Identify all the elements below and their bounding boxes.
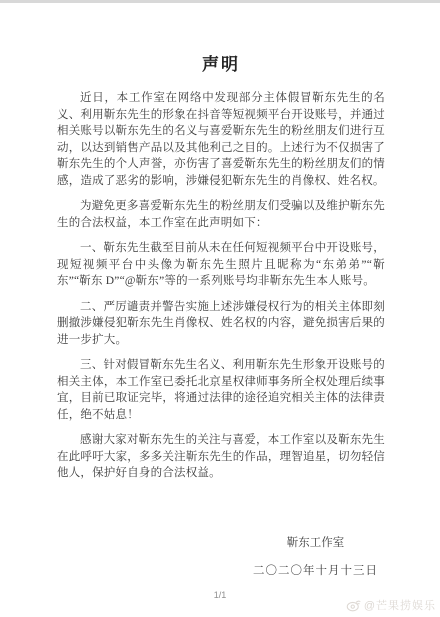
- statement-item-2: 二、严厉谴责并警告实施上述涉嫌侵权行为的相关主体即刻删撤涉嫌侵犯靳东先生肖像权、…: [57, 299, 385, 349]
- statement-paragraph-intro: 近日，本工作室在网络中发现部分主体假冒靳东先生的名义、利用靳东先生的形象在抖音等…: [57, 90, 385, 189]
- statement-item-3: 三、针对假冒靳东先生名义、利用靳东先生形象开设账号的相关主体，本工作室已委托北京…: [57, 357, 385, 423]
- document-body: 近日，本工作室在网络中发现部分主体假冒靳东先生的名义、利用靳东先生的形象在抖音等…: [57, 90, 385, 482]
- statement-document: 声明 近日，本工作室在网络中发现部分主体假冒靳东先生的名义、利用靳东先生的形象在…: [0, 0, 440, 617]
- signature-name: 靳东工作室: [253, 535, 378, 551]
- signature-block: 靳东工作室 二〇二〇年十月十三日: [253, 535, 378, 579]
- weibo-logo-icon: [346, 599, 361, 612]
- statement-item-1: 一、靳东先生截至目前从未在任何短视频平台中开设账号，现短视频平台中头像为靳东先生…: [57, 240, 385, 290]
- weibo-watermark: @芒果捞娱乐: [346, 597, 436, 613]
- statement-paragraph-purpose: 为避免更多喜爱靳东先生的粉丝朋友们受骗以及维护靳东先生的合法权益，本工作室在此声…: [57, 198, 385, 231]
- watermark-text: @芒果捞娱乐: [364, 597, 436, 613]
- document-title: 声明: [57, 52, 385, 78]
- signature-date: 二〇二〇年十月十三日: [253, 563, 378, 579]
- statement-paragraph-closing: 感谢大家对靳东先生的关注与喜爱，本工作室以及靳东先生在此呼吁大家，多多关注靳东先…: [57, 432, 385, 482]
